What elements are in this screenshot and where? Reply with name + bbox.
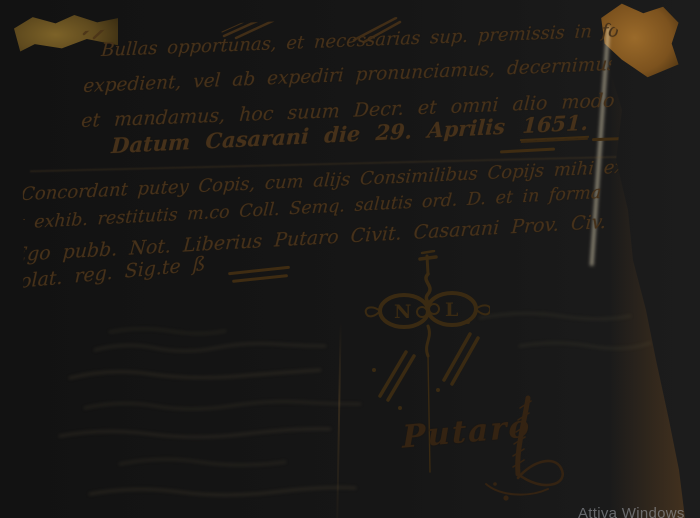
signature-flourish-icon [400,396,590,511]
activate-windows-watermark: Attiva Windows [578,505,685,518]
datum-year: 1651. [520,110,591,142]
notary-letter-n: N [394,301,411,323]
notary-letter-l: L [445,299,458,321]
photo-frame: Bullas opportunas, et necessarias sup. p… [0,0,700,518]
manuscript-page: Bullas opportunas, et necessarias sup. p… [0,0,700,518]
notary-signature: Putaro [400,396,590,511]
